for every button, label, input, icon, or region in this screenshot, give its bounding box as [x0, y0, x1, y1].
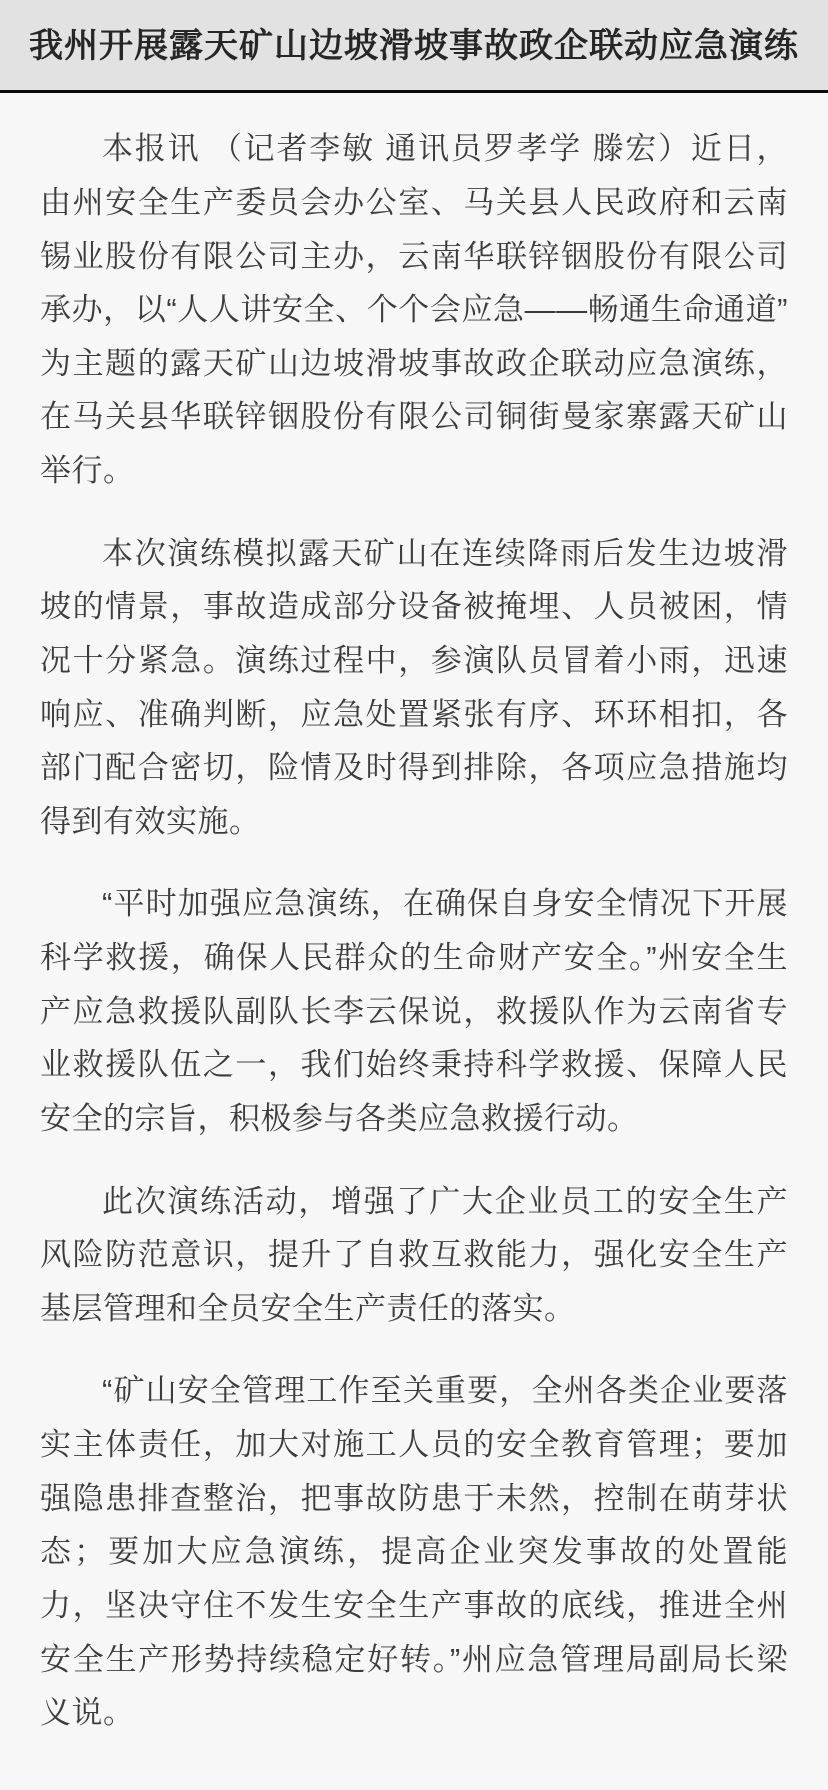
article-title: 我州开展露天矿山边坡滑坡事故政企联动应急演练: [28, 22, 800, 70]
article-header: 我州开展露天矿山边坡滑坡事故政企联动应急演练: [0, 0, 828, 93]
article-body: 本报讯 （记者李敏 通讯员罗孝学 滕宏）近日，由州安全生产委员会办公室、马关县人…: [0, 122, 828, 1782]
article-paragraph: 本报讯 （记者李敏 通讯员罗孝学 滕宏）近日，由州安全生产委员会办公室、马关县人…: [40, 122, 788, 497]
article-paragraph: “平时加强应急演练，在确保自身安全情况下开展科学救援，确保人民群众的生命财产安全…: [40, 877, 788, 1145]
article-paragraph: 本次演练模拟露天矿山在连续降雨后发生边坡滑坡的情景，事故造成部分设备被掩埋、人员…: [40, 527, 788, 849]
article-paragraph: 此次演练活动，增强了广大企业员工的安全生产风险防范意识，提升了自救互救能力，强化…: [40, 1175, 788, 1336]
article-paragraph: “矿山安全管理工作至关重要，全州各类企业要落实主体责任，加大对施工人员的安全教育…: [40, 1364, 788, 1739]
